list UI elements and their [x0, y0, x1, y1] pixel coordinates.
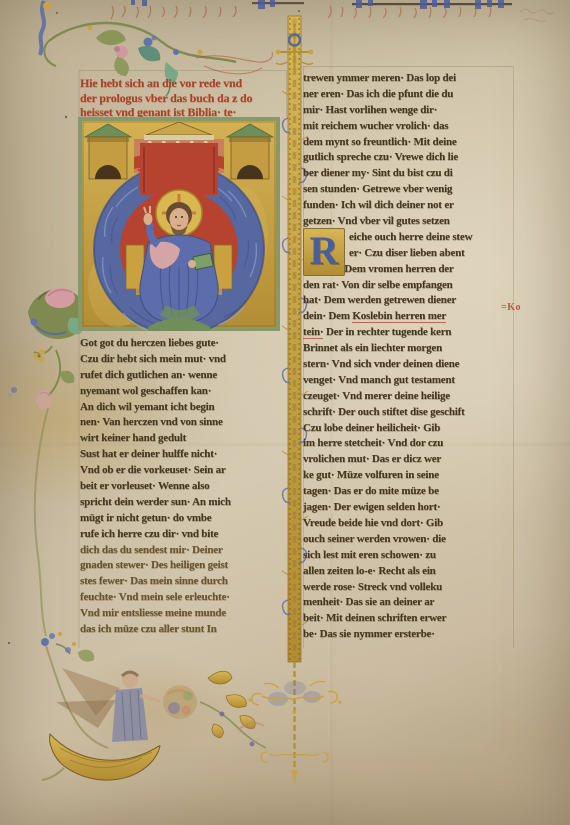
- text-line: rufe ich herre czu dir· vnd bite: [80, 527, 287, 543]
- text-line: eiche ouch herre deine stew: [349, 230, 514, 246]
- text-line: mügt ir nicht getun· do vmbe: [80, 511, 287, 527]
- text-line: Czu dir hebt sich mein mut· vnd: [80, 352, 287, 368]
- text-line: stes fewer· Das mein sinne durch: [80, 574, 287, 590]
- text-line: dem mynt so freuntlich· Mit deine: [303, 135, 514, 151]
- text-line: gutlich spreche czu· Vrewe dich lie: [303, 150, 514, 166]
- text-line: nen· Van herczen vnd von sinne: [80, 415, 287, 431]
- text-line: tein· Der in rechter tugende kern: [303, 325, 514, 341]
- text-line: er· Czu diser lieben abent: [349, 246, 514, 262]
- text-line: trewen ymmer meren· Das lop dei: [303, 71, 514, 87]
- text-line: Czu lobe deiner heilicheit· Gib: [303, 421, 514, 437]
- text-line: stern· Vnd sich vnder deinen diene: [303, 357, 514, 373]
- marginal-note: =Ko: [501, 302, 521, 313]
- text-line: feuchte· Vnd mein sele erleuchte·: [80, 590, 287, 606]
- text-line: An dich wil yemant icht begin: [80, 400, 287, 416]
- text-line: menheit· Das sie an deiner ar: [303, 595, 514, 611]
- text-line: Sust hat er deiner hulffe nicht·: [80, 447, 287, 463]
- text-line: Vnd ob er die vorkeuset· Sein ar: [80, 463, 287, 479]
- text-line: czeuget· Vnd merer deine heilige: [303, 389, 514, 405]
- text-line: spricht dein werder sun· An mich: [80, 495, 287, 511]
- text-line: dein· Dem Koslebin herren mer: [303, 309, 514, 325]
- text-line: beit er vorleuset· Wenne also: [80, 479, 287, 495]
- text-line: ber diener my· Sint du bist czu di: [303, 166, 514, 182]
- text-line: gnaden stewer· Des heiligen geist: [80, 558, 287, 574]
- text-line: sen stunden· Getrewe vber wenig: [303, 182, 514, 198]
- text-line: be· Das sie nymmer ersterbe·: [303, 627, 514, 643]
- right-column-text: trewen ymmer meren· Das lop deiner eren·…: [303, 71, 514, 643]
- rubric-heading: Hie hebt sich an die vor rede vndder pro…: [80, 76, 287, 120]
- text-line: Got got du herczen liebes gute·: [80, 336, 287, 352]
- text-line: sich lest mit eren schowen· zu: [303, 548, 514, 564]
- text-line: nyemant wol geschaffen kan·: [80, 384, 287, 400]
- text-line: werde rose· Streck vnd volleku: [303, 580, 514, 596]
- text-line: hat· Dem werden getrewen diener: [303, 293, 514, 309]
- blessing-hand: [144, 213, 153, 225]
- right-column-lower: tewer· Dem vromen herren derden rat· Von…: [303, 262, 514, 643]
- text-line: jagen· Der ewigen selden hort·: [303, 500, 514, 516]
- rubric-line: der prologus vber das buch da z do: [80, 91, 287, 106]
- initial-r-block: R eiche ouch herre deine stewer· Czu dis…: [303, 230, 514, 262]
- text-line: funden· Ich wil dich deiner not er: [303, 198, 514, 214]
- text-line: das ich müze czu aller stunt In: [80, 622, 287, 638]
- illuminated-initial-r: R: [303, 228, 345, 276]
- text-line: ke gut· Müze volfuren in seine: [303, 468, 514, 484]
- right-column-upper: trewen ymmer meren· Das lop deiner eren·…: [303, 71, 514, 230]
- text-line: Brinnet als ein liechter morgen: [303, 341, 514, 357]
- throne-canopy: [140, 143, 218, 195]
- rubric-line: Hie hebt sich an die vor rede vnd: [80, 76, 287, 91]
- left-column-text: Got got du herczen liebes gute·Czu dir h…: [80, 336, 287, 638]
- text-line: ouch seiner werden vrowen· die: [303, 532, 514, 548]
- text-line: dich das du sendest mir· Deiner: [80, 543, 287, 559]
- text-line: ner eren· Das ich die pfunt die du: [303, 87, 514, 103]
- red-underlined-text: tein·: [303, 326, 323, 339]
- text-line: allen zeiten lo-e· Recht als ein: [303, 564, 514, 580]
- text-line: im herre stetcheit· Vnd dor czu: [303, 436, 514, 452]
- text-line: tagen· Das er do mite müze be: [303, 484, 514, 500]
- text-line: rufet dich gutlichen an· wenne: [80, 368, 287, 384]
- red-underlined-text: Koslebin herren mer: [352, 310, 446, 323]
- text-line: beit· Mit deinen schriften erwer: [303, 611, 514, 627]
- text-line: wirt keiner hand gedult: [80, 431, 287, 447]
- miniature-christ-enthroned: [78, 117, 280, 331]
- text-line: Vnd mir entsliesse meine munde: [80, 606, 287, 622]
- text-line: mir· Hast vorlihen wenge dir·: [303, 103, 514, 119]
- manuscript-page: Hie hebt sich an die vor rede vndder pro…: [0, 0, 570, 825]
- text-line: vrolichen mut· Das er dicz wer: [303, 452, 514, 468]
- text-line: schrift· Der ouch stiftet dise geschift: [303, 405, 514, 421]
- text-line: venget· Vnd manch gut testament: [303, 373, 514, 389]
- text-line: den rat· Von dir selbe empfangen: [303, 278, 514, 294]
- text-line: Vreude beide hie vnd dort· Gib: [303, 516, 514, 532]
- text-line: mit reichem wucher vrolich· das: [303, 119, 514, 135]
